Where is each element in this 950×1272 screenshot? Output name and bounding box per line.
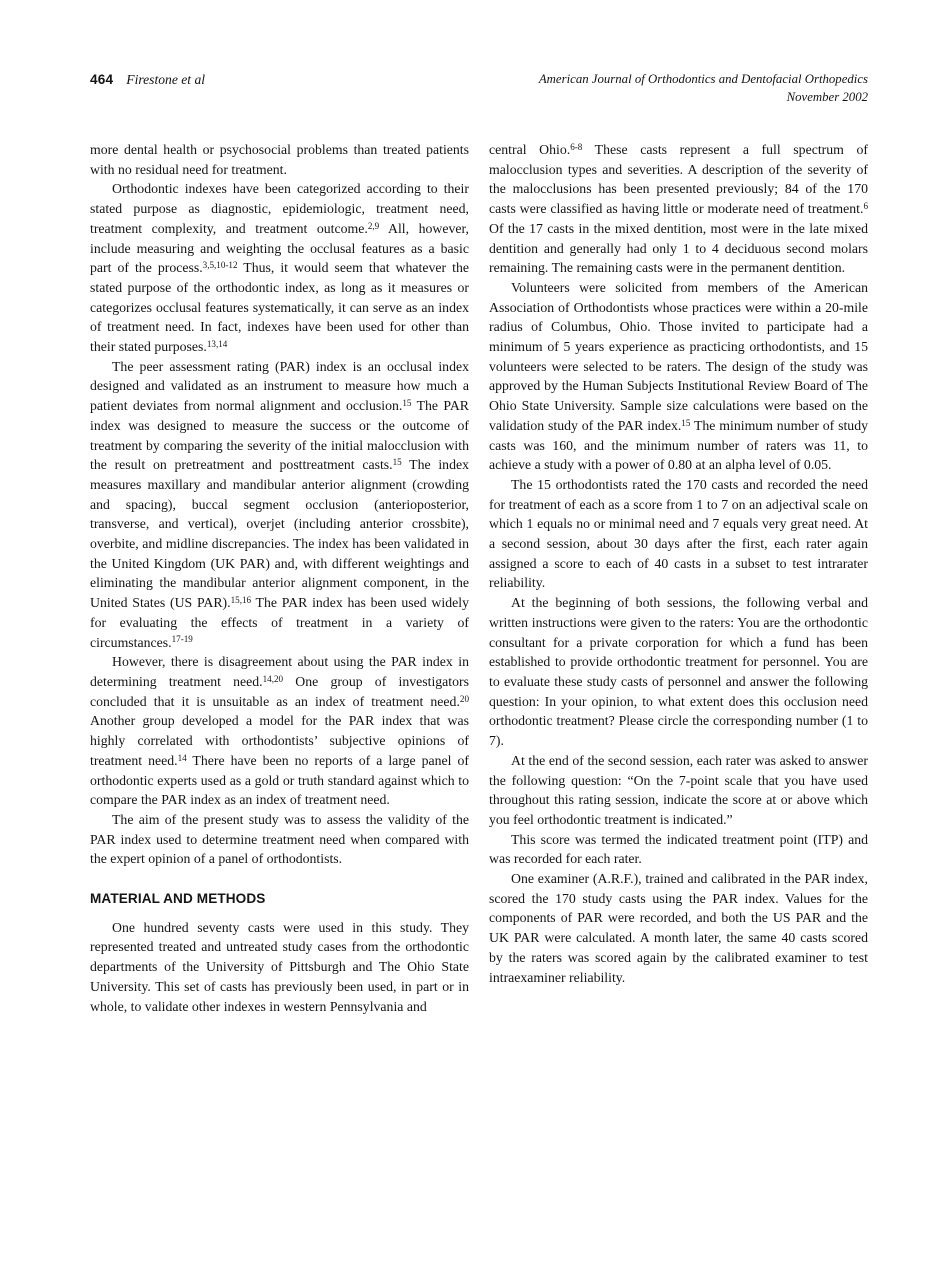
reference-superscript: 14 bbox=[178, 753, 187, 763]
reference-superscript: 3,5,10-12 bbox=[203, 260, 238, 270]
reference-superscript: 6-8 bbox=[570, 142, 582, 152]
running-authors: Firestone et al bbox=[126, 72, 205, 87]
reference-superscript: 15,16 bbox=[231, 595, 251, 605]
journal-issue-date: November 2002 bbox=[539, 89, 868, 107]
paragraph: The peer assessment rating (PAR) index i… bbox=[90, 357, 469, 653]
reference-superscript: 17-19 bbox=[172, 634, 193, 644]
journal-title: American Journal of Orthodontics and Den… bbox=[539, 71, 868, 89]
page-header: 464Firestone et al American Journal of O… bbox=[90, 71, 868, 106]
paragraph: more dental health or psychosocial probl… bbox=[90, 140, 469, 179]
reference-superscript: 2,9 bbox=[368, 221, 379, 231]
reference-superscript: 15 bbox=[681, 418, 690, 428]
paragraph: However, there is disagreement about usi… bbox=[90, 652, 469, 810]
reference-superscript: 6 bbox=[863, 201, 868, 211]
two-column-body: more dental health or psychosocial probl… bbox=[90, 140, 868, 1016]
paragraph: At the end of the second session, each r… bbox=[489, 751, 868, 830]
reference-superscript: 15 bbox=[393, 457, 402, 467]
reference-superscript: 20 bbox=[460, 694, 469, 704]
paragraph: One examiner (A.R.F.), trained and calib… bbox=[489, 869, 868, 987]
paragraph: central Ohio.6-8 These casts represent a… bbox=[489, 140, 868, 278]
running-head-right: American Journal of Orthodontics and Den… bbox=[539, 71, 868, 106]
left-column: more dental health or psychosocial probl… bbox=[90, 140, 469, 1016]
paragraph: This score was termed the indicated trea… bbox=[489, 830, 868, 869]
paragraph: One hundred seventy casts were used in t… bbox=[90, 918, 469, 1017]
page-number: 464 bbox=[90, 72, 113, 87]
paragraph: The 15 orthodontists rated the 170 casts… bbox=[489, 475, 868, 593]
reference-superscript: 13,14 bbox=[207, 339, 227, 349]
paragraph: Volunteers were solicited from members o… bbox=[489, 278, 868, 475]
journal-page: 464Firestone et al American Journal of O… bbox=[0, 0, 950, 1272]
paragraph: Orthodontic indexes have been categorize… bbox=[90, 179, 469, 356]
section-heading-material-and-methods: MATERIAL AND METHODS bbox=[90, 889, 469, 909]
running-head-left: 464Firestone et al bbox=[90, 71, 205, 88]
right-column: central Ohio.6-8 These casts represent a… bbox=[489, 140, 868, 1016]
paragraph: The aim of the present study was to asse… bbox=[90, 810, 469, 869]
reference-superscript: 14,20 bbox=[263, 674, 283, 684]
paragraph: At the beginning of both sessions, the f… bbox=[489, 593, 868, 751]
reference-superscript: 15 bbox=[402, 398, 411, 408]
